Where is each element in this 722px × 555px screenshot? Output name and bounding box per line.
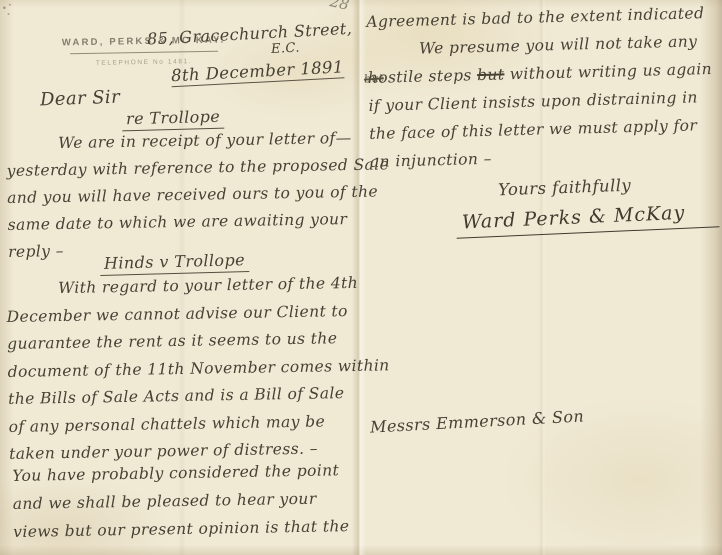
salutation: Dear Sir [40,87,121,111]
paragraph-3: You have probably considered the point a… [12,456,350,546]
right-page: Agreement is bad to the extent indicated… [360,0,722,555]
heading-re-trollope: re Trollope [122,107,225,129]
address-block: 85, Gracechurch Street, E.C. 8th Decembe… [147,19,360,87]
letter-scan: 28 WARD, PERKS & MC KAY. TELEPHONE No 14… [0,0,722,555]
para3-line: views but our present opinion is that th… [13,512,350,546]
closing: Yours faithfully [498,176,632,200]
left-page: WARD, PERKS & MC KAY. TELEPHONE No 1481.… [0,0,358,555]
struck-word: but [477,65,505,84]
interline-struck-word: but [364,71,385,85]
signature: Ward Perks & McKay [456,200,720,238]
heading-hinds-v-trollope: Hinds v Trollope [100,250,249,273]
paragraph-2: With regard to your letter of the 4th De… [6,269,391,468]
addressee: Messrs Emmerson & Son [370,406,585,436]
paragraph-1: We are in receipt of your letter of— yes… [6,124,391,266]
right-paragraphs: Agreement is bad to the extent indicated… [366,0,715,176]
